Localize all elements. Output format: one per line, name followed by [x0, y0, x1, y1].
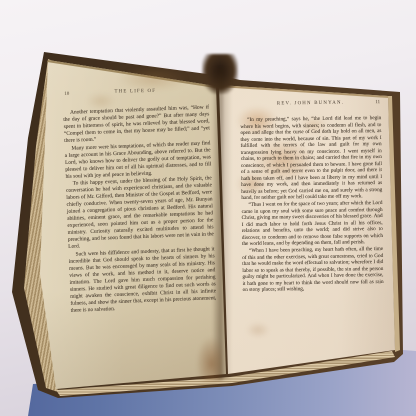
foxing-spot [246, 322, 270, 338]
book-gutter [212, 68, 232, 380]
left-running-header: THE LIFE OF [62, 87, 208, 96]
left-paragraph-2: Many more were his temptations, of which… [64, 140, 211, 181]
gutter-stain [196, 336, 222, 382]
left-page-text: 10 THE LIFE OF Another temptation that v… [62, 78, 217, 315]
right-running-header: REV. JOHN BUNYAN. [240, 100, 381, 108]
right-paragraph-3: “When I have been preaching, my heart ha… [242, 246, 384, 293]
right-paragraph-2: “Thus I went on for the space of two yea… [241, 200, 383, 247]
left-paragraph-3: To this happy event, under the blessing … [66, 176, 215, 252]
antique-book-photo: 10 THE LIFE OF Another temptation that v… [0, 0, 416, 416]
right-page-text: REV. JOHN BUNYAN. 11 “In my preaching,” … [240, 99, 384, 294]
right-page-number: 11 [375, 100, 380, 107]
left-paragraph-1: Another temptation that violently assaul… [63, 104, 210, 145]
right-paragraph-1: “In my preaching,” says he, “the Lord di… [240, 115, 382, 201]
left-paragraph-4: Such were his diffidence and modesty, th… [68, 246, 216, 315]
right-page-header-row: REV. JOHN BUNYAN. 11 [240, 100, 381, 117]
